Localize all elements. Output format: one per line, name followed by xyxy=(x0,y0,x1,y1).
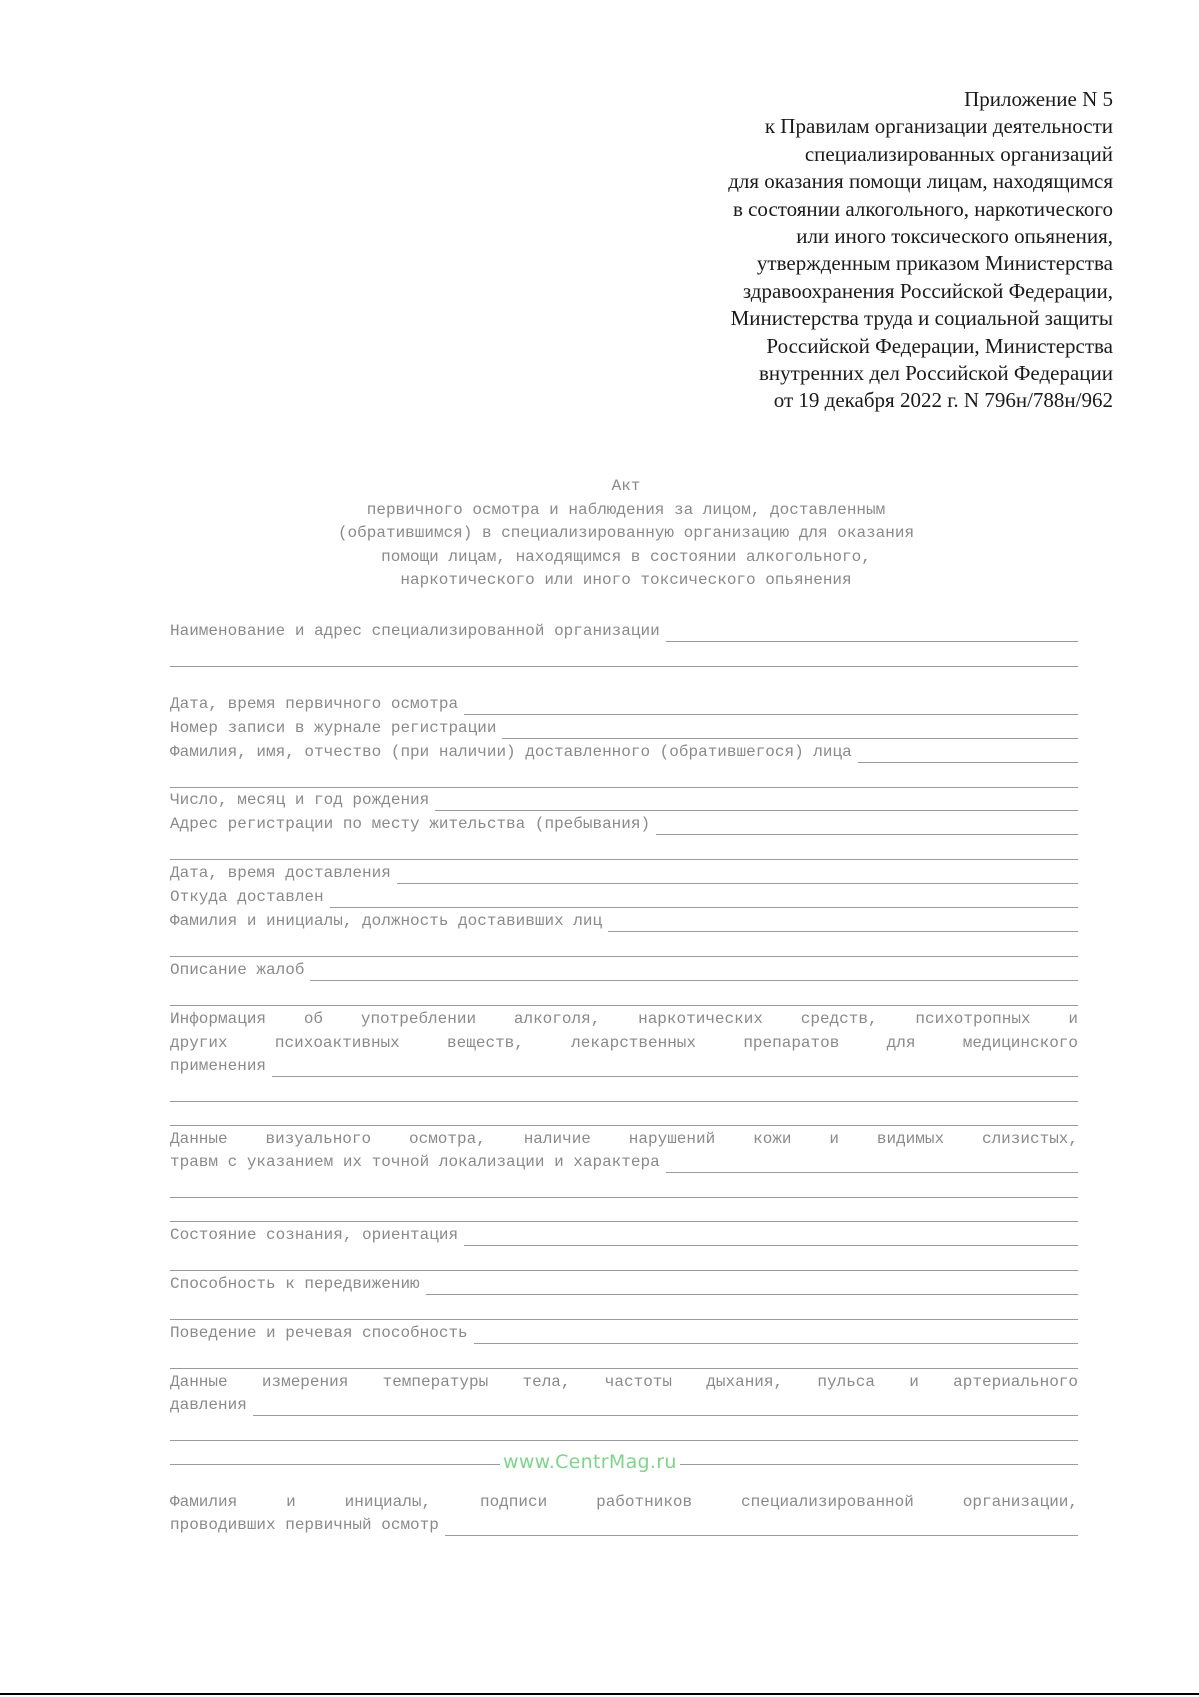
field-substance-info-continuation xyxy=(170,1104,1078,1128)
field-visual-exam: травм с указанием их точной локализации … xyxy=(170,1151,1078,1175)
field-birth-date: Число, месяц и год рождения xyxy=(170,789,1078,813)
vitals-input-line2[interactable] xyxy=(170,1440,1078,1441)
field-vitals-label: Данные измерения температуры тела, часто… xyxy=(170,1370,1078,1394)
field-label: Дата, время первичного осмотра xyxy=(170,693,462,715)
mobility-input[interactable] xyxy=(426,1294,1078,1295)
field-delivered-from: Откуда доставлен xyxy=(170,886,1078,910)
field-label: Способность к передвижению xyxy=(170,1273,424,1295)
field-label: Описание жалоб xyxy=(170,959,308,981)
full-name-input-line2[interactable] xyxy=(170,787,1078,788)
field-visual-exam-continuation xyxy=(170,1200,1078,1224)
field-substance-info-label: Информация об употреблении алкоголя, нар… xyxy=(170,1007,1078,1031)
field-full-name-continuation xyxy=(170,766,1078,790)
organization-input[interactable] xyxy=(666,641,1078,642)
field-label: Фамилия, имя, отчество (при наличии) дос… xyxy=(170,741,856,763)
field-label: Состояние сознания, ориентация xyxy=(170,1224,462,1246)
field-label: Дата, время доставления xyxy=(170,862,395,884)
field-complaints: Описание жалоб xyxy=(170,959,1078,983)
mobility-input-line2[interactable] xyxy=(170,1319,1078,1320)
field-substance-info-continuation xyxy=(170,1080,1078,1104)
consciousness-input-line2[interactable] xyxy=(170,1270,1078,1271)
field-examiners-label: Фамилия и инициалы, подписи работников с… xyxy=(170,1490,1078,1514)
field-visual-exam-continuation xyxy=(170,1176,1078,1200)
record-number-input[interactable] xyxy=(502,738,1078,739)
registration-address-input-line2[interactable] xyxy=(170,859,1078,860)
field-vitals: давления xyxy=(170,1394,1078,1418)
field-record-number: Номер записи в журнале регистрации xyxy=(170,717,1078,741)
examiners-signature-input[interactable] xyxy=(445,1535,1078,1536)
field-delivered-by: Фамилия и инициалы, должность доставивши… xyxy=(170,910,1078,934)
field-exam-datetime: Дата, время первичного осмотра xyxy=(170,693,1078,717)
delivered-by-input[interactable] xyxy=(608,931,1078,932)
complaints-input[interactable] xyxy=(310,980,1078,981)
vitals-input[interactable] xyxy=(253,1415,1078,1416)
field-delivered-by-continuation xyxy=(170,935,1078,959)
field-behavior: Поведение и речевая способность xyxy=(170,1322,1078,1346)
page-bottom-border xyxy=(0,1693,1199,1695)
document-page: Приложение N 5 к Правилам организации де… xyxy=(0,0,1199,1695)
visual-exam-input[interactable] xyxy=(666,1172,1078,1173)
visual-exam-input-line3[interactable] xyxy=(170,1221,1078,1222)
act-form: Наименование и адрес специализированной … xyxy=(170,0,1078,1697)
field-visual-exam-label: Данные визуального осмотра, наличие нару… xyxy=(170,1127,1078,1151)
field-consciousness: Состояние сознания, ориентация xyxy=(170,1224,1078,1248)
consciousness-input[interactable] xyxy=(464,1245,1078,1246)
substance-info-input-line3[interactable] xyxy=(170,1125,1078,1126)
watermark: www.CentrMag.ru xyxy=(500,1451,680,1473)
substance-info-input-line2[interactable] xyxy=(170,1101,1078,1102)
field-registration-address: Адрес регистрации по месту жительства (п… xyxy=(170,813,1078,837)
field-label: Наименование и адрес специализированной … xyxy=(170,620,664,642)
field-label: применения xyxy=(170,1055,270,1077)
behavior-input-line2[interactable] xyxy=(170,1368,1078,1369)
field-delivery-datetime: Дата, время доставления xyxy=(170,862,1078,886)
field-label: проводивших первичный осмотр xyxy=(170,1514,443,1536)
substance-info-input[interactable] xyxy=(272,1076,1078,1077)
field-label: Адрес регистрации по месту жительства (п… xyxy=(170,813,654,835)
complaints-input-line2[interactable] xyxy=(170,1005,1078,1006)
delivered-from-input[interactable] xyxy=(330,907,1078,908)
field-label: Откуда доставлен xyxy=(170,886,328,908)
field-label: Поведение и речевая способность xyxy=(170,1322,472,1344)
field-substance-info-label: других психоактивных веществ, лекарствен… xyxy=(170,1031,1078,1055)
field-full-name: Фамилия, имя, отчество (при наличии) дос… xyxy=(170,741,1078,765)
field-consciousness-continuation xyxy=(170,1249,1078,1273)
field-label: Номер записи в журнале регистрации xyxy=(170,717,500,739)
field-label: Число, месяц и год рождения xyxy=(170,789,433,811)
field-mobility: Способность к передвижению xyxy=(170,1273,1078,1297)
full-name-input[interactable] xyxy=(858,762,1078,763)
field-registration-address-continuation xyxy=(170,838,1078,862)
exam-datetime-input[interactable] xyxy=(464,714,1078,715)
visual-exam-input-line2[interactable] xyxy=(170,1197,1078,1198)
behavior-input[interactable] xyxy=(474,1343,1078,1344)
field-label: давления xyxy=(170,1394,251,1416)
field-examiners: проводивших первичный осмотр xyxy=(170,1514,1078,1538)
field-behavior-continuation xyxy=(170,1347,1078,1371)
field-organization-continuation xyxy=(170,645,1078,669)
organization-input-line2[interactable] xyxy=(170,666,1078,667)
delivery-datetime-input[interactable] xyxy=(397,883,1078,884)
delivered-by-input-line2[interactable] xyxy=(170,956,1078,957)
field-organization: Наименование и адрес специализированной … xyxy=(170,620,1078,644)
registration-address-input[interactable] xyxy=(656,834,1078,835)
field-vitals-continuation xyxy=(170,1419,1078,1443)
field-label: Фамилия и инициалы, должность доставивши… xyxy=(170,910,606,932)
field-mobility-continuation xyxy=(170,1298,1078,1322)
field-substance-info: применения xyxy=(170,1055,1078,1079)
field-complaints-continuation xyxy=(170,984,1078,1008)
field-label: травм с указанием их точной локализации … xyxy=(170,1151,664,1173)
birth-date-input[interactable] xyxy=(435,810,1078,811)
